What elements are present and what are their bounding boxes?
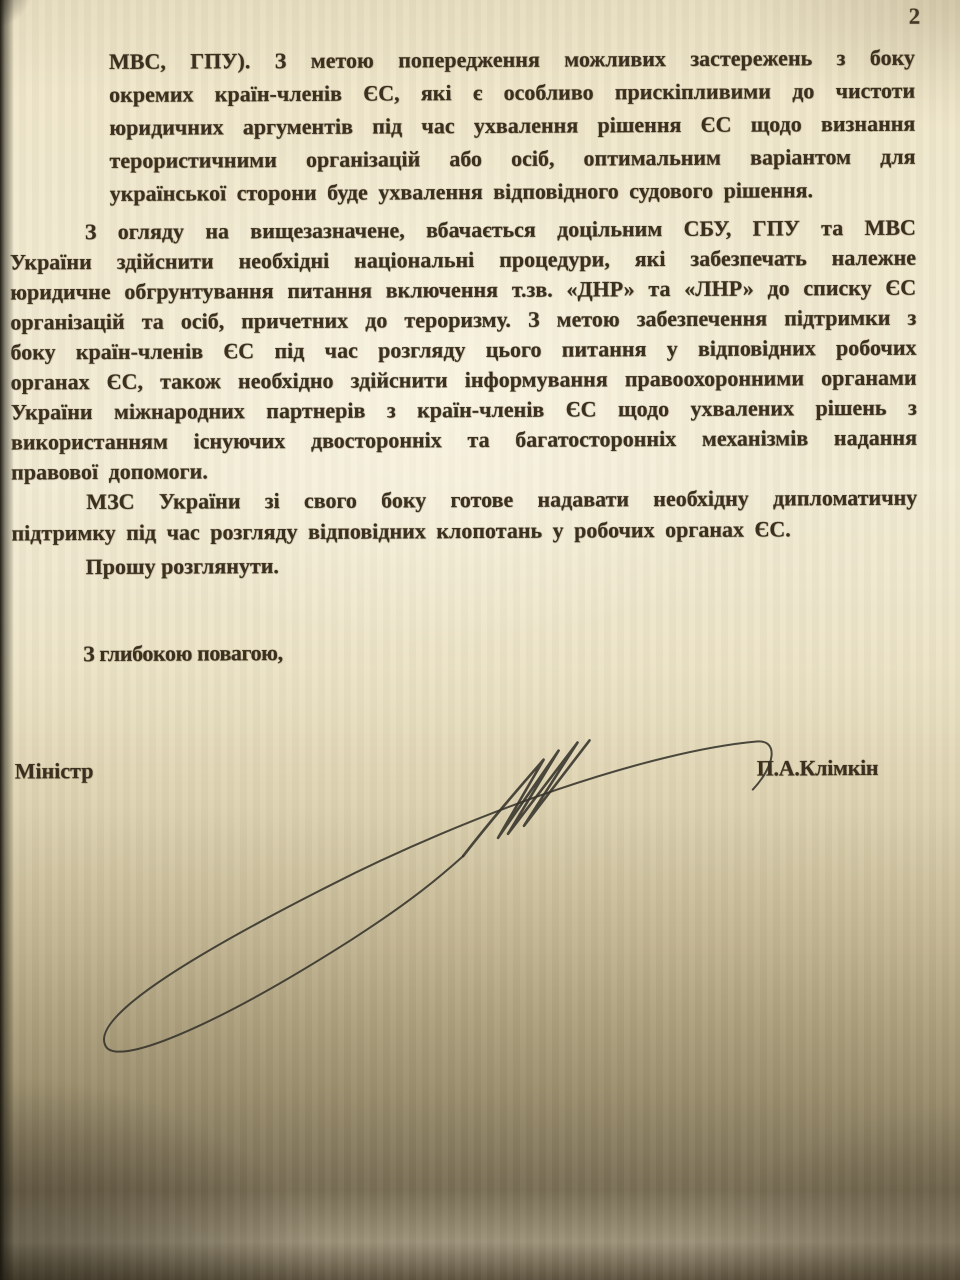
signature-loop-stroke bbox=[102, 741, 773, 1051]
letter-content: 2 МВС, ГПУ). З метою попередження можлив… bbox=[0, 0, 960, 1280]
handwritten-signature-icon bbox=[0, 0, 960, 1280]
document-photo: 2 МВС, ГПУ). З метою попередження можлив… bbox=[0, 0, 960, 1280]
signature-zigzag-stroke bbox=[463, 740, 591, 856]
